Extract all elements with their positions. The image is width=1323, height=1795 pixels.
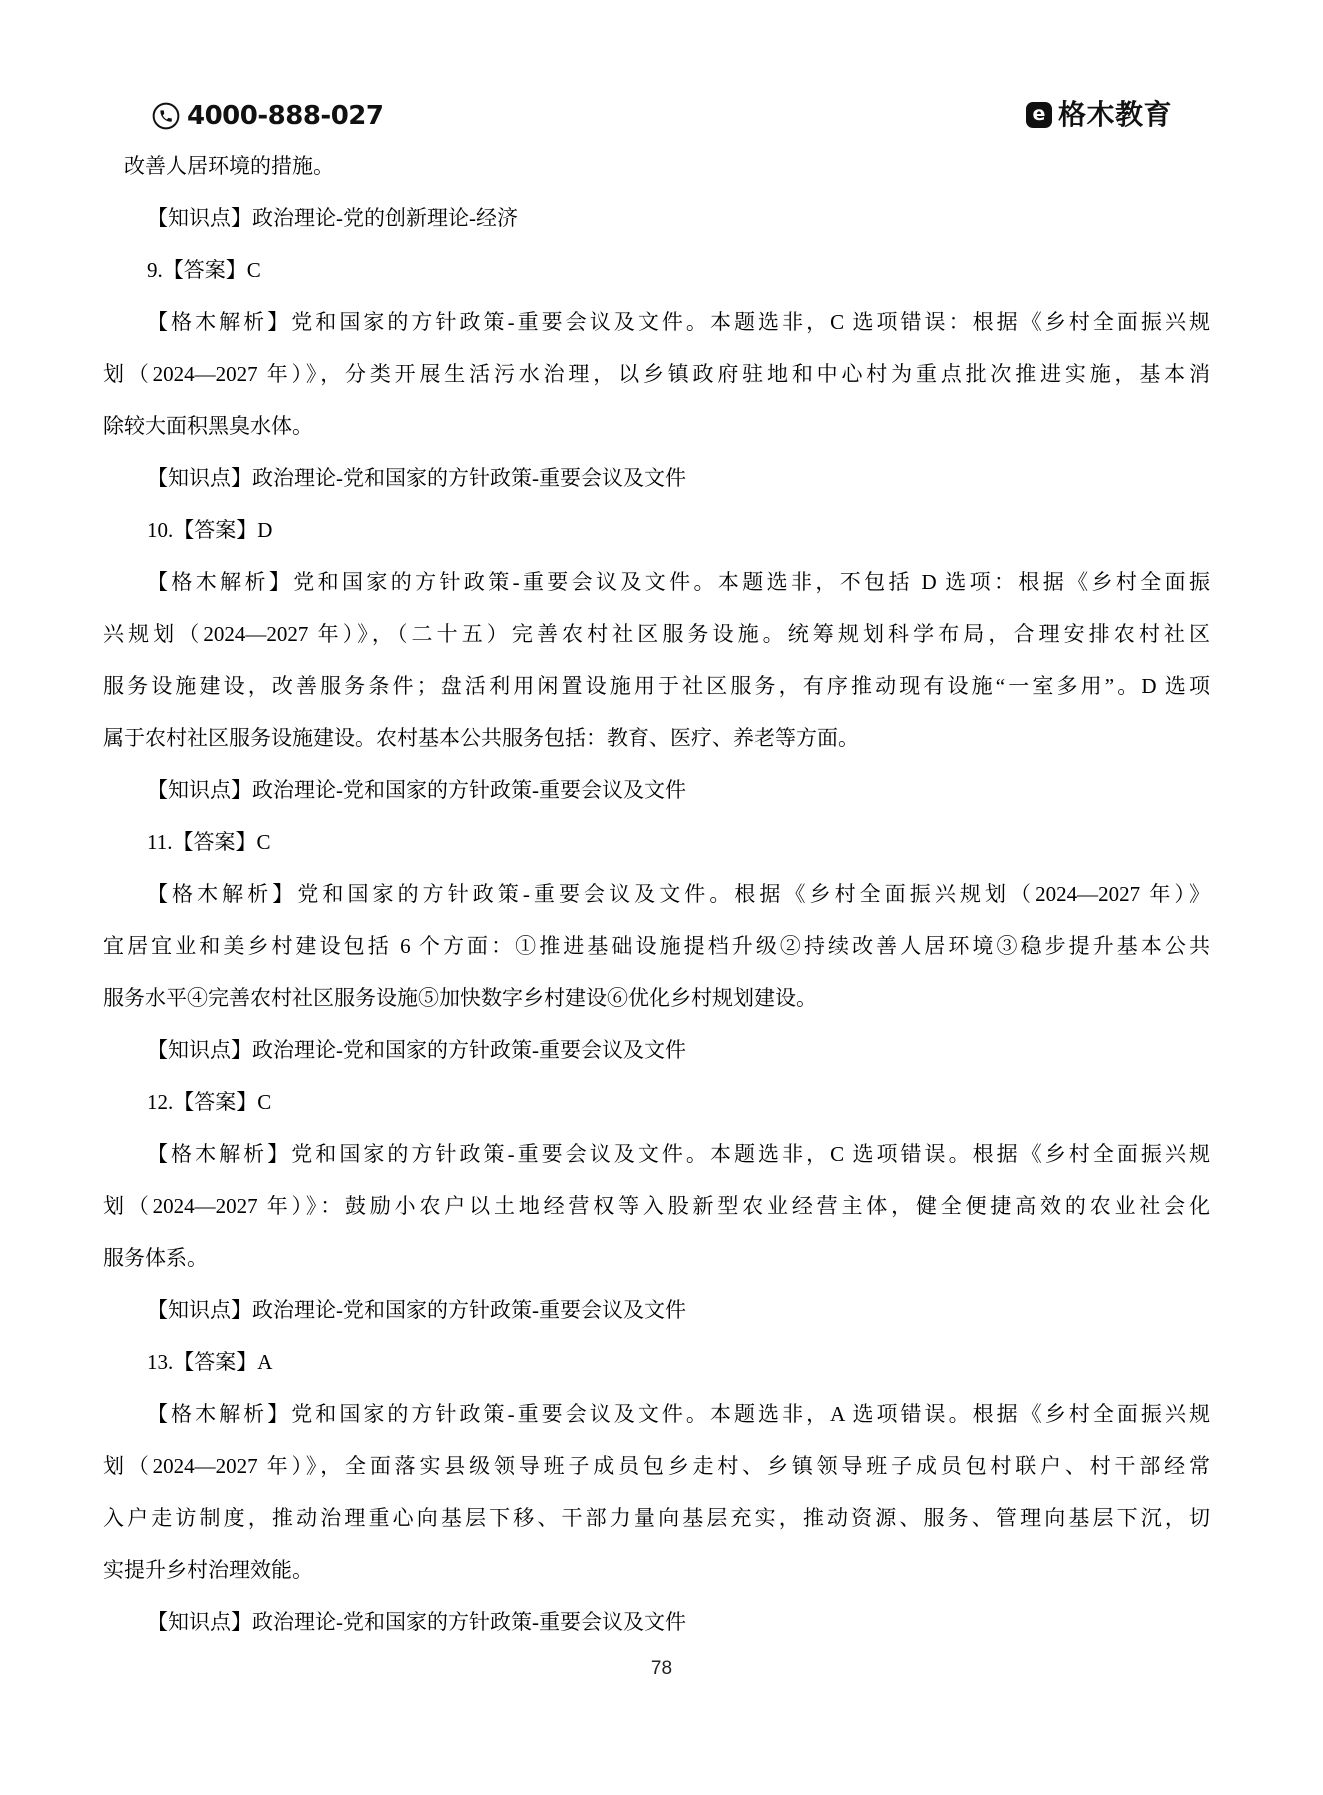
phone-icon [152,102,180,130]
brand-logo: e 格木教育 [1026,100,1172,130]
document-page: { "header": { "phone": "4000-888-027", "… [0,0,1323,1795]
analysis-line: 划（2024—2027 年）》，分类开展生活污水治理，以乡镇政府驻地和中心村为重… [103,348,1210,400]
knowledge-point-line: 【知识点】政治理论-党和国家的方针政策-重要会议及文件 [103,452,1210,504]
analysis-line: 【格木解析】党和国家的方针政策-重要会议及文件。本题选非，不包括 D 选项：根据… [103,556,1210,608]
analysis-line: 【格木解析】党和国家的方针政策-重要会议及文件。本题选非，A 选项错误。根据《乡… [103,1388,1210,1440]
analysis-line: 入户走访制度，推动治理重心向基层下移、干部力量向基层充实，推动资源、服务、管理向… [103,1492,1210,1544]
page-footer: 78 [0,1658,1323,1680]
analysis-line: 宜居宜业和美乡村建设包括 6 个方面：①推进基础设施提档升级②持续改善人居环境③… [103,920,1210,972]
analysis-line: 服务体系。 [103,1232,1210,1284]
analysis-line: 兴规划（2024—2027 年）》，（二十五）完善农村社区服务设施。统筹规划科学… [103,608,1210,660]
analysis-line: 属于农村社区服务设施建设。农村基本公共服务包括：教育、医疗、养老等方面。 [103,712,1210,764]
answer-line-q10: 10.【答案】D [103,504,1210,556]
answer-line-q12: 12.【答案】C [103,1076,1210,1128]
answer-explanation-text: 改善人居环境的措施。 【知识点】政治理论-党的创新理论-经济 9.【答案】C 【… [103,140,1210,1648]
page-number: 78 [651,1658,672,1679]
text-line: 改善人居环境的措施。 [103,140,1210,192]
knowledge-point-line: 【知识点】政治理论-党和国家的方针政策-重要会议及文件 [103,1284,1210,1336]
analysis-line: 【格木解析】党和国家的方针政策-重要会议及文件。根据《乡村全面振兴规划（2024… [103,868,1210,920]
brand-name: 格木教育 [1058,100,1172,130]
analysis-line: 服务设施建设，改善服务条件；盘活利用闲置设施用于社区服务，有序推动现有设施“一室… [103,660,1210,712]
analysis-line: 【格木解析】党和国家的方针政策-重要会议及文件。本题选非，C 选项错误：根据《乡… [103,296,1210,348]
analysis-line: 【格木解析】党和国家的方针政策-重要会议及文件。本题选非，C 选项错误。根据《乡… [103,1128,1210,1180]
analysis-line: 除较大面积黑臭水体。 [103,400,1210,452]
answer-line-q9: 9.【答案】C [103,244,1210,296]
answer-line-q11: 11.【答案】C [103,816,1210,868]
gemu-logo-icon: e [1026,102,1052,128]
analysis-line: 服务水平④完善农村社区服务设施⑤加快数字乡村建设⑥优化乡村规划建设。 [103,972,1210,1024]
analysis-line: 划（2024—2027 年）》，全面落实县级领导班子成员包乡走村、乡镇领导班子成… [103,1440,1210,1492]
analysis-line: 实提升乡村治理效能。 [103,1544,1210,1596]
knowledge-point-line: 【知识点】政治理论-党的创新理论-经济 [103,192,1210,244]
answer-line-q13: 13.【答案】A [103,1336,1210,1388]
knowledge-point-line: 【知识点】政治理论-党和国家的方针政策-重要会议及文件 [103,764,1210,816]
phone-number: 4000-888-027 [187,102,384,130]
knowledge-point-line: 【知识点】政治理论-党和国家的方针政策-重要会议及文件 [103,1596,1210,1648]
phone-contact: 4000-888-027 [152,102,384,130]
page-header: 4000-888-027 e 格木教育 [0,100,1323,140]
analysis-line: 划（2024—2027 年）》：鼓励小农户以土地经营权等入股新型农业经营主体，健… [103,1180,1210,1232]
knowledge-point-line: 【知识点】政治理论-党和国家的方针政策-重要会议及文件 [103,1024,1210,1076]
